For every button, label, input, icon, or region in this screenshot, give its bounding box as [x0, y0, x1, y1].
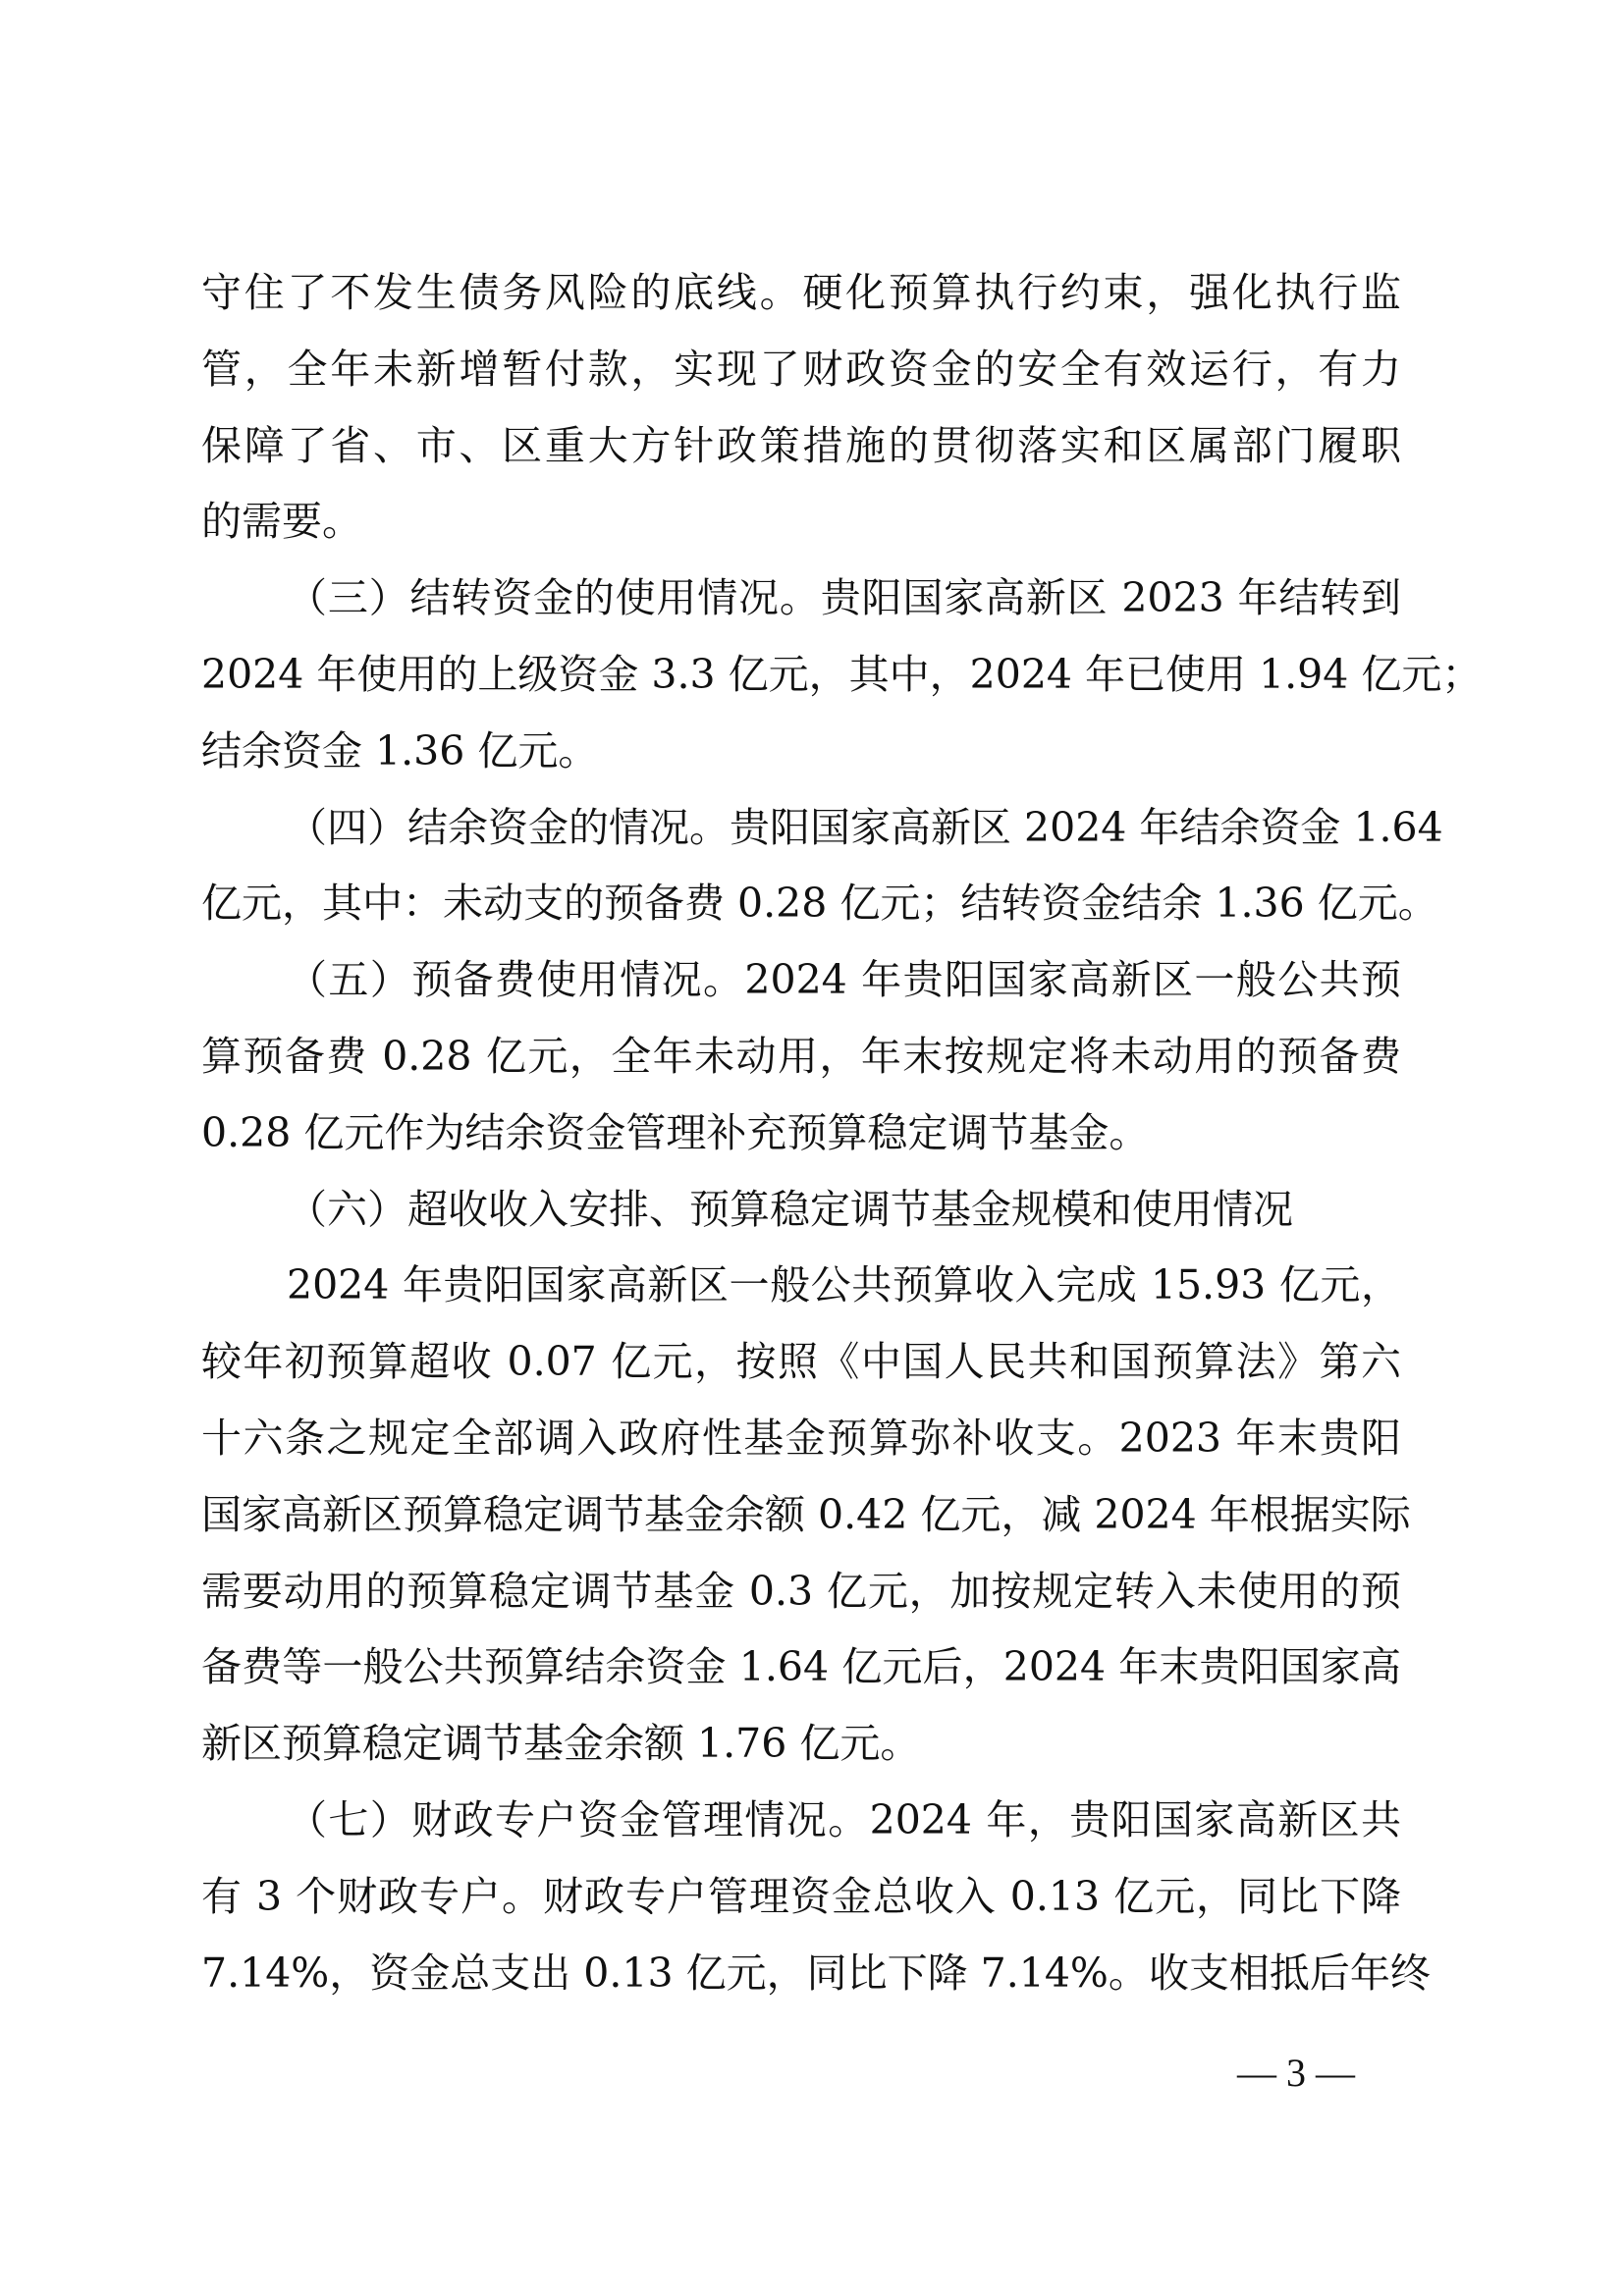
section-heading-line: （五）预备费使用情况。2024 年贵阳国家高新区一般公共预	[201, 952, 1401, 1029]
text-line: 7.14%，资金总支出 0.13 亿元，同比下降 7.14%。收支相抵后年终	[201, 1946, 1401, 2022]
text-line: 0.28 亿元作为结余资金管理补充预算稳定调节基金。	[201, 1105, 1401, 1182]
text-line: 管，全年未新增暂付款，实现了财政资金的安全有效运行，有力	[201, 342, 1401, 418]
text-line: 需要动用的预算稳定调节基金 0.3 亿元，加按规定转入未使用的预	[201, 1564, 1401, 1640]
document-body: 守住了不发生债务风险的底线。硬化预算执行约束，强化执行监 管，全年未新增暂付款，…	[201, 265, 1401, 2021]
text-line: 结余资金 1.36 亿元。	[201, 723, 1401, 800]
text-line: 保障了省、市、区重大方针政策措施的贯彻落实和区属部门履职	[201, 418, 1401, 495]
text-line: 新区预算稳定调节基金余额 1.76 亿元。	[201, 1716, 1401, 1792]
text-line: 备费等一般公共预算结余资金 1.64 亿元后，2024 年末贵阳国家高	[201, 1639, 1401, 1716]
text-line: 算预备费 0.28 亿元，全年未动用，年末按规定将未动用的预备费	[201, 1029, 1401, 1105]
text-line: 亿元，其中：未动支的预备费 0.28 亿元；结转资金结余 1.36 亿元。	[201, 876, 1401, 952]
section-heading-line: （七）财政专户资金管理情况。2024 年，贵阳国家高新区共	[201, 1792, 1401, 1869]
section-heading-line: （三）结转资金的使用情况。贵阳国家高新区 2023 年结转到	[201, 570, 1401, 647]
text-line: 较年初预算超收 0.07 亿元，按照《中国人民共和国预算法》第六	[201, 1334, 1401, 1411]
text-line: 国家高新区预算稳定调节基金余额 0.42 亿元，减 2024 年根据实际	[201, 1487, 1401, 1564]
text-line: 守住了不发生债务风险的底线。硬化预算执行约束，强化执行监	[201, 265, 1401, 342]
document-page: 守住了不发生债务风险的底线。硬化预算执行约束，强化执行监 管，全年未新增暂付款，…	[0, 0, 1624, 2296]
text-line: 2024 年使用的上级资金 3.3 亿元，其中，2024 年已使用 1.94 亿…	[201, 647, 1401, 723]
page-number: — 3 —	[1218, 2050, 1375, 2096]
text-line: 的需要。	[201, 494, 1401, 570]
text-line: 2024 年贵阳国家高新区一般公共预算收入完成 15.93 亿元，	[201, 1257, 1401, 1334]
text-line: 有 3 个财政专户。财政专户管理资金总收入 0.13 亿元，同比下降	[201, 1869, 1401, 1946]
section-heading: （六）超收收入安排、预算稳定调节基金规模和使用情况	[201, 1182, 1401, 1258]
text-line: 十六条之规定全部调入政府性基金预算弥补收支。2023 年末贵阳	[201, 1411, 1401, 1487]
section-heading-line: （四）结余资金的情况。贵阳国家高新区 2024 年结余资金 1.64	[201, 800, 1401, 877]
